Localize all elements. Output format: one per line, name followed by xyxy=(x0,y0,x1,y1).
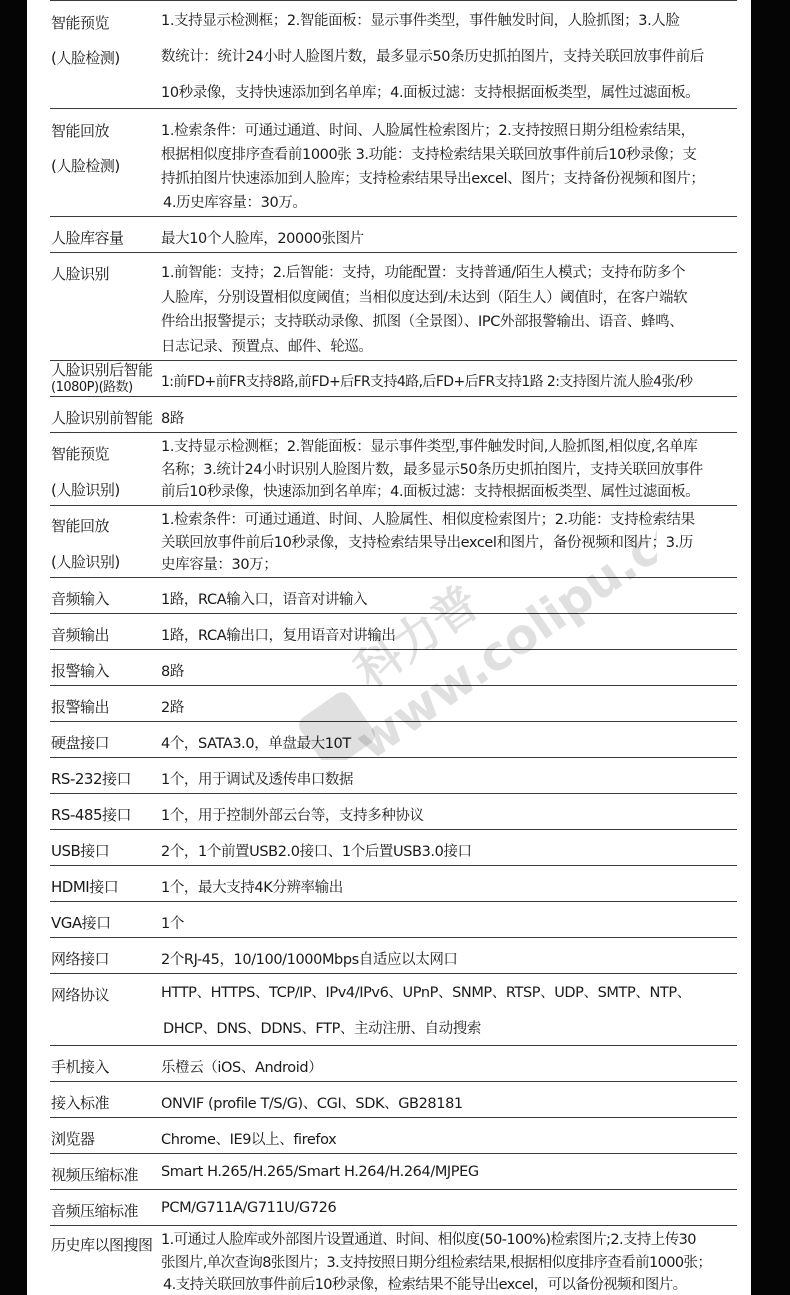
spec-label: 人脸库容量 xyxy=(51,227,124,248)
spec-value: 乐橙云（iOS、Android） xyxy=(161,1056,737,1077)
spec-row-access-standard: 接入标准 ONVIF (profile T/S/G)、CGI、SDK、GB281… xyxy=(50,1081,737,1117)
value-line: 1.可通过人脸库或外部图片设置通道、时间、相似度(50-100%)检索图片;2.… xyxy=(161,1229,737,1252)
value-line: 1个，最大支持4K分辨率输出 xyxy=(161,876,737,897)
spec-row-smart-playback-face-recognition: 智能回放 (人脸识别) 1.检索条件：可通过通道、时间、人脸属性、相似度检索图片… xyxy=(50,505,737,577)
value-line: 4个，SATA3.0，单盘最大10T xyxy=(161,732,737,753)
spec-label: 网络协议 xyxy=(51,984,109,1005)
value-line: 最大10个人脸库，20000张图片 xyxy=(161,227,737,248)
value-line: 1.支持显示检测框；2.智能面板：显示事件类型，事件触发时间，人脸抓图；3.人脸 xyxy=(161,12,737,30)
value-line: PCM/G711A/G711U/G726 xyxy=(161,1200,737,1216)
spec-value: 2个，1个前置USB2.0接口、1个后置USB3.0接口 xyxy=(161,840,737,861)
label-line: 智能回放 xyxy=(51,122,109,140)
spec-label: 浏览器 xyxy=(51,1128,95,1149)
spec-value: ONVIF (profile T/S/G)、CGI、SDK、GB28181 xyxy=(161,1092,737,1113)
spec-label: 手机接入 xyxy=(51,1056,109,1077)
spec-row-video-compression: 视频压缩标准 Smart H.265/H.265/Smart H.264/H.2… xyxy=(50,1153,737,1189)
spec-label: 人脸识别后智能 (1080P)(路数) xyxy=(51,362,153,396)
spec-label-sub: (人脸检测) xyxy=(51,155,120,176)
spec-value: 8路 xyxy=(161,660,737,681)
spec-label: 人脸识别前智能 xyxy=(51,407,153,428)
spec-label: 报警输入 xyxy=(51,660,109,681)
value-line: 关联回放事件前后10秒录像，支持检索结果导出excel和图片，备份视频和图片；3… xyxy=(161,532,737,555)
spec-value: 1路，RCA输入口，语音对讲输入 xyxy=(161,588,737,609)
value-line: 2个，1个前置USB2.0接口、1个后置USB3.0接口 xyxy=(161,840,737,861)
value-line: 件给出报警提示；支持联动录像、抓图（全景图）、IPC外部报警输出、语音、蜂鸣、 xyxy=(161,310,737,335)
value-line: 1个，用于控制外部云台等，支持多种协议 xyxy=(161,804,737,825)
spec-value: 1:前FD+前FR支持8路,前FD+后FR支持4路,后FD+后FR支持1路 2:… xyxy=(161,371,737,391)
value-line: 乐橙云（iOS、Android） xyxy=(161,1056,737,1077)
value-line: 根据相似度排序查看前1000张 3.功能：支持检索结果关联回放事件前后10秒录像… xyxy=(161,143,737,167)
value-line: 1路，RCA输出口，复用语音对讲输出 xyxy=(161,624,737,645)
spec-row-history-image-search: 历史库以图搜图 1.可通过人脸库或外部图片设置通道、时间、相似度(50-100%… xyxy=(50,1225,737,1295)
spec-row-rs232: RS-232接口 1个，用于调试及透传串口数据 xyxy=(50,757,737,793)
spec-row-browser: 浏览器 Chrome、IE9以上、firefox xyxy=(50,1117,737,1153)
label-line: 智能预览 xyxy=(51,14,109,32)
spec-row-face-recognition-pre-smart: 人脸识别前智能 8路 xyxy=(50,396,737,432)
spec-row-network-interface: 网络接口 2个RJ-45，10/100/1000Mbps自适应以太网口 xyxy=(50,937,737,973)
spec-label-sub: (人脸识别) xyxy=(51,551,120,572)
spec-value: HTTP、HTTPS、TCP/IP、IPv4/IPv6、UPnP、SNMP、RT… xyxy=(161,984,737,1038)
spec-row-face-recognition: 人脸识别 1.前智能：支持；2.后智能：支持，功能配置：支持普通/陌生人模式；支… xyxy=(50,252,737,360)
spec-row-smart-preview-face-recognition: 智能预览 (人脸识别) 1.支持显示检测框；2.智能面板：显示事件类型,事件触发… xyxy=(50,432,737,505)
spec-value: 1个，用于调试及透传串口数据 xyxy=(161,768,737,789)
spec-sheet-page: 智能预览 (人脸检测) 1.支持显示检测框；2.智能面板：显示事件类型，事件触发… xyxy=(27,0,751,1295)
spec-row-hdd-interface: 硬盘接口 4个，SATA3.0，单盘最大10T xyxy=(50,721,737,757)
spec-row-mobile-access: 手机接入 乐橙云（iOS、Android） xyxy=(50,1045,737,1081)
value-line: 2路 xyxy=(161,696,737,717)
spec-label-sub: (人脸检测) xyxy=(51,47,120,68)
spec-label: 智能回放 xyxy=(51,120,109,141)
value-line: 前后10秒录像，快速添加到名单库；4.面板过滤：支持根据面板类型、属性过滤面板。 xyxy=(161,481,737,504)
spec-row-smart-playback-face-detection: 智能回放 (人脸检测) 1.检索条件：可通过通道、时间、人脸属性检索图片；2.支… xyxy=(50,108,737,216)
spec-value: 4个，SATA3.0，单盘最大10T xyxy=(161,732,737,753)
spec-row-audio-input: 音频输入 1路，RCA输入口，语音对讲输入 xyxy=(50,577,737,613)
spec-row-smart-preview-face-detection: 智能预览 (人脸检测) 1.支持显示检测框；2.智能面板：显示事件类型，事件触发… xyxy=(50,0,737,108)
spec-label: USB接口 xyxy=(51,840,109,861)
spec-label: 历史库以图搜图 xyxy=(51,1234,153,1255)
spec-value: 1.检索条件：可通过通道、时间、人脸属性检索图片；2.支持按照日期分组检索结果，… xyxy=(161,119,737,215)
value-line: 人脸库，分别设置相似度阈值；当相似度达到/未达到（陌生人）阈值时，在客户端软 xyxy=(161,286,737,311)
spec-value: 1.支持显示检测框；2.智能面板：显示事件类型,事件触发时间,人脸抓图,相似度,… xyxy=(161,436,737,504)
spec-value: 最大10个人脸库，20000张图片 xyxy=(161,227,737,248)
spec-label: RS-232接口 xyxy=(51,768,131,789)
spec-value: 1个 xyxy=(161,912,737,933)
value-line: 1路，RCA输入口，语音对讲输入 xyxy=(161,588,737,609)
value-line: 数统计：统计24小时人脸图片数，最多显示50条历史抓拍图片，支持关联回放事件前后 xyxy=(161,48,737,66)
label-line: (1080P)(路数) xyxy=(51,379,153,396)
label-line: (人脸检测) xyxy=(51,157,120,175)
spec-value: 1个，用于控制外部云台等，支持多种协议 xyxy=(161,804,737,825)
spec-row-alarm-input: 报警输入 8路 xyxy=(50,649,737,685)
spec-row-audio-compression: 音频压缩标准 PCM/G711A/G711U/G726 xyxy=(50,1189,737,1225)
value-line: 持抓拍图片快速添加到人脸库；支持检索结果导出excel、图片；支持备份视频和图片… xyxy=(161,167,737,191)
spec-label: 音频压缩标准 xyxy=(51,1200,138,1221)
spec-value: 2路 xyxy=(161,696,737,717)
value-line: 10秒录像，支持快速添加到名单库；4.面板过滤：支持根据面板类型，属性过滤面板。 xyxy=(161,84,737,102)
value-line: 史库容量：30万； xyxy=(161,554,737,577)
value-line: 日志记录、预置点、邮件、轮巡。 xyxy=(161,335,737,360)
spec-value: 2个RJ-45，10/100/1000Mbps自适应以太网口 xyxy=(161,948,737,969)
spec-value: 1.可通过人脸库或外部图片设置通道、时间、相似度(50-100%)检索图片;2.… xyxy=(161,1229,737,1295)
value-line: Smart H.265/H.265/Smart H.264/H.264/MJPE… xyxy=(161,1164,737,1180)
spec-label: 网络接口 xyxy=(51,948,109,969)
value-line: 4.历史库容量：30万。 xyxy=(161,191,737,215)
spec-label-sub: (人脸识别) xyxy=(51,479,120,500)
spec-label: VGA接口 xyxy=(51,912,111,933)
spec-value: 1.支持显示检测框；2.智能面板：显示事件类型，事件触发时间，人脸抓图；3.人脸… xyxy=(161,12,737,102)
spec-value: 1.检索条件：可通过通道、时间、人脸属性、相似度检索图片；2.功能：支持检索结果… xyxy=(161,509,737,577)
spec-label: 音频输出 xyxy=(51,624,109,645)
value-line: 4.支持关联回放事件前后10秒录像，检索结果不能导出excel，可以备份视频和图… xyxy=(161,1274,737,1295)
value-line: 8路 xyxy=(161,660,737,681)
spec-row-alarm-output: 报警输出 2路 xyxy=(50,685,737,721)
spec-value: 1.前智能：支持；2.后智能：支持，功能配置：支持普通/陌生人模式；支持布防多个… xyxy=(161,261,737,359)
spec-value: 1路，RCA输出口，复用语音对讲输出 xyxy=(161,624,737,645)
spec-label: 硬盘接口 xyxy=(51,732,109,753)
spec-value: PCM/G711A/G711U/G726 xyxy=(161,1200,737,1216)
spec-row-audio-output: 音频输出 1路，RCA输出口，复用语音对讲输出 xyxy=(50,613,737,649)
spec-label: 人脸识别 xyxy=(51,263,109,284)
value-line: DHCP、DNS、DDNS、FTP、主动注册、自动搜索 xyxy=(161,1020,737,1038)
value-line: 1:前FD+前FR支持8路,前FD+后FR支持4路,后FD+后FR支持1路 2:… xyxy=(161,371,737,391)
spec-label: RS-485接口 xyxy=(51,804,131,825)
spec-value: Smart H.265/H.265/Smart H.264/H.264/MJPE… xyxy=(161,1164,737,1180)
value-line: 1.前智能：支持；2.后智能：支持，功能配置：支持普通/陌生人模式；支持布防多个 xyxy=(161,261,737,286)
value-line: 1.支持显示检测框；2.智能面板：显示事件类型,事件触发时间,人脸抓图,相似度,… xyxy=(161,436,737,459)
spec-row-usb: USB接口 2个，1个前置USB2.0接口、1个后置USB3.0接口 xyxy=(50,829,737,865)
label-line: 人脸识别后智能 xyxy=(51,362,153,379)
value-line: 名称；3.统计24小时识别人脸图片数，最多显示50条历史抓拍图片，支持关联回放事… xyxy=(161,459,737,482)
spec-row-network-protocol: 网络协议 HTTP、HTTPS、TCP/IP、IPv4/IPv6、UPnP、SN… xyxy=(50,973,737,1045)
spec-row-hdmi: HDMI接口 1个，最大支持4K分辨率输出 xyxy=(50,865,737,901)
spec-label: 智能预览 xyxy=(51,443,109,464)
spec-value: 1个，最大支持4K分辨率输出 xyxy=(161,876,737,897)
spec-label: 视频压缩标准 xyxy=(51,1164,138,1185)
label-line: (人脸检测) xyxy=(51,49,120,67)
value-line: 1个 xyxy=(161,912,737,933)
value-line: 张图片,单次查询8张图片；3.支持按照日期分组检索结果,根据相似度排序查看前10… xyxy=(161,1252,737,1275)
value-line: HTTP、HTTPS、TCP/IP、IPv4/IPv6、UPnP、SNMP、RT… xyxy=(161,984,737,1002)
value-line: 8路 xyxy=(161,407,737,428)
spec-value: 8路 xyxy=(161,407,737,428)
value-line: 2个RJ-45，10/100/1000Mbps自适应以太网口 xyxy=(161,948,737,969)
spec-row-face-library-capacity: 人脸库容量 最大10个人脸库，20000张图片 xyxy=(50,216,737,252)
spec-row-face-recognition-post-smart: 人脸识别后智能 (1080P)(路数) 1:前FD+前FR支持8路,前FD+后F… xyxy=(50,360,737,396)
spec-label: 音频输入 xyxy=(51,588,109,609)
spec-label: 报警输出 xyxy=(51,696,109,717)
spec-value: Chrome、IE9以上、firefox xyxy=(161,1128,737,1149)
spec-label: 智能回放 xyxy=(51,515,109,536)
value-line: 1个，用于调试及透传串口数据 xyxy=(161,768,737,789)
spec-row-rs485: RS-485接口 1个，用于控制外部云台等，支持多种协议 xyxy=(50,793,737,829)
value-line: ONVIF (profile T/S/G)、CGI、SDK、GB28181 xyxy=(161,1092,737,1113)
value-line: 1.检索条件：可通过通道、时间、人脸属性、相似度检索图片；2.功能：支持检索结果 xyxy=(161,509,737,532)
spec-label: HDMI接口 xyxy=(51,876,118,897)
spec-row-vga: VGA接口 1个 xyxy=(50,901,737,937)
spec-label: 智能预览 xyxy=(51,12,109,33)
value-line: 1.检索条件：可通过通道、时间、人脸属性检索图片；2.支持按照日期分组检索结果， xyxy=(161,119,737,143)
value-line: Chrome、IE9以上、firefox xyxy=(161,1128,737,1149)
spec-label: 接入标准 xyxy=(51,1092,109,1113)
